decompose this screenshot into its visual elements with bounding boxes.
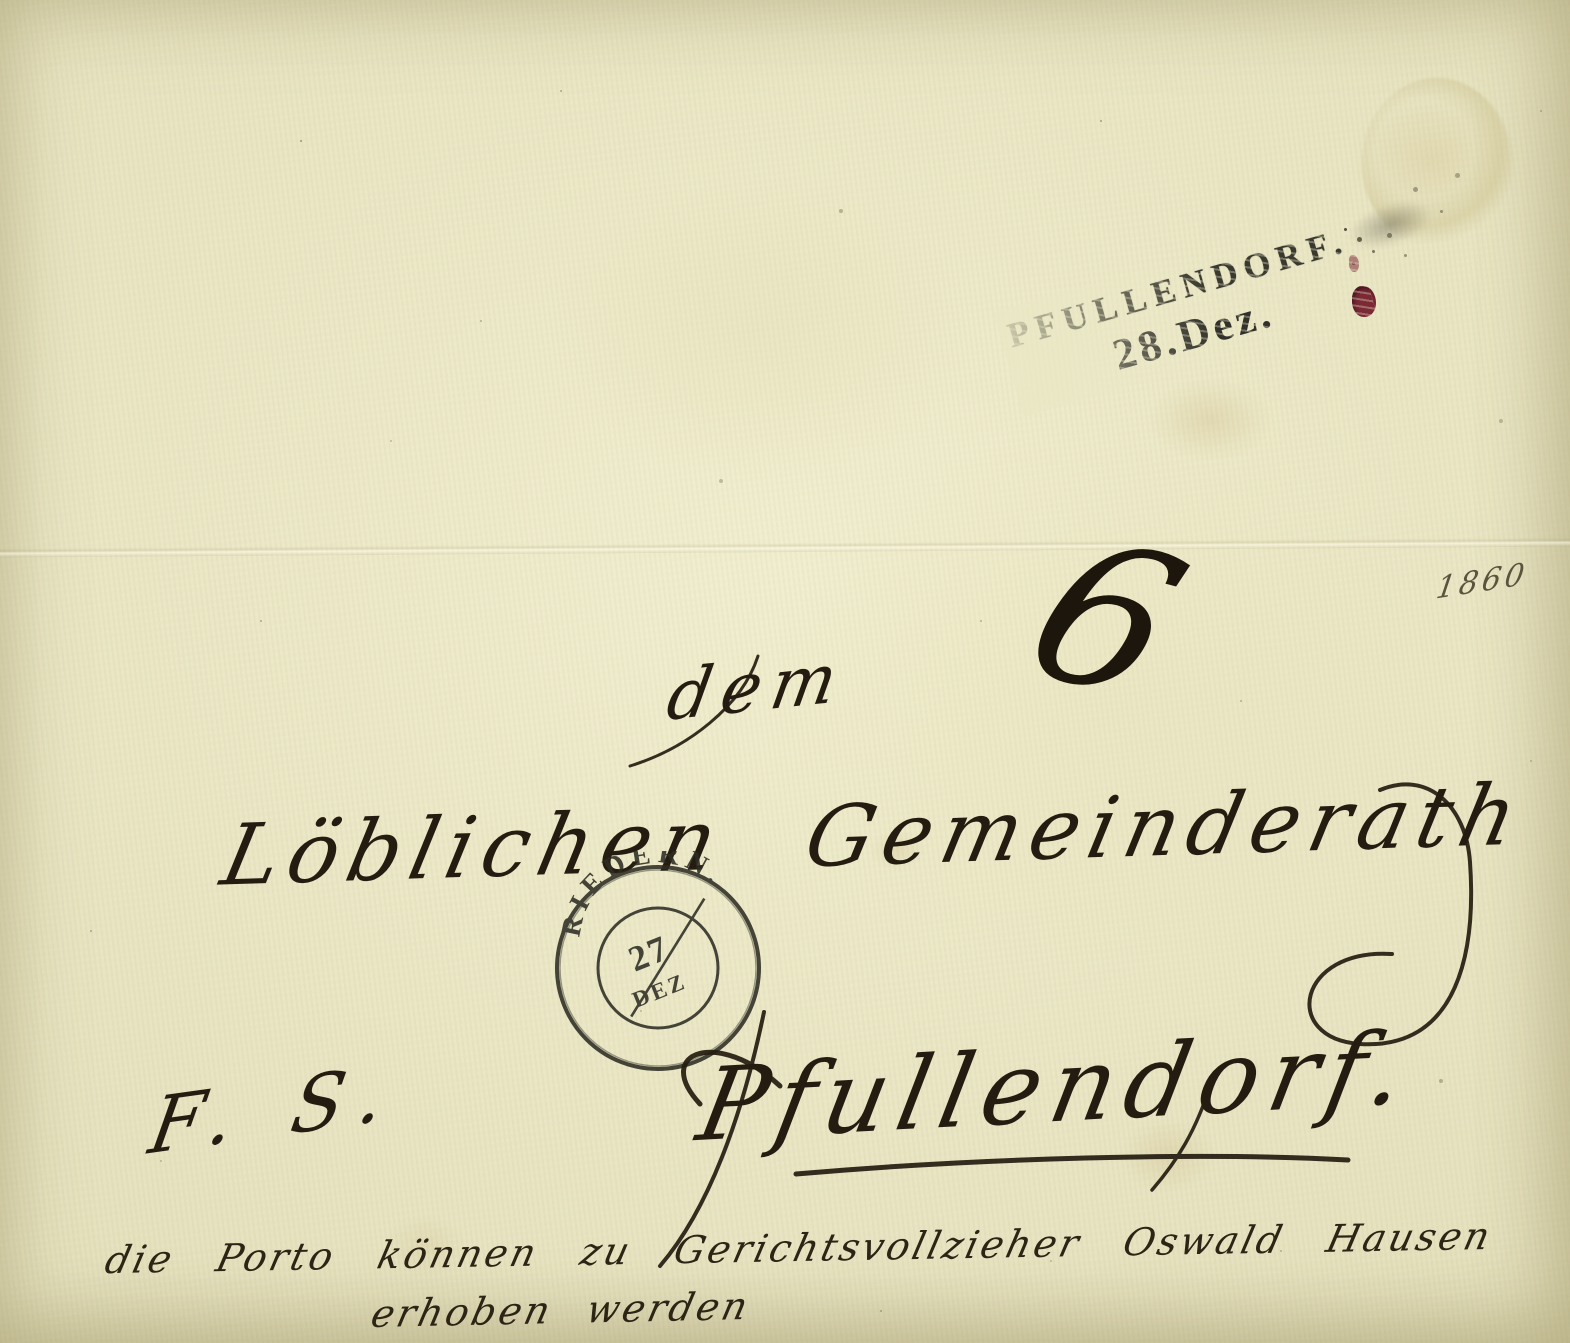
underline-flourish <box>796 1156 1348 1174</box>
cds-town-text: RIEDERN. <box>555 851 732 939</box>
handstamp-town-line: PFULLENDORF. <box>1003 221 1352 356</box>
cds-day-text: 27 <box>623 927 675 979</box>
address-salutation: dem <box>661 638 853 738</box>
side-mark: F. S. <box>143 1045 410 1172</box>
address-recipient: Löblichen Gemeinderath <box>214 765 1535 905</box>
porto-note-line2: erhoben werden <box>367 1284 755 1336</box>
svg-text:RIEDERN.: RIEDERN. <box>555 851 732 939</box>
riedern-datestamp: RIEDERN. 27 DEZ <box>541 851 775 1085</box>
paper-specks <box>300 140 302 142</box>
handstamp-date-line: 28.Dez. <box>1107 261 1367 381</box>
address-place: Pfullendorf. <box>689 1009 1425 1165</box>
porto-note-line1: die Porto können zu Gerichtsvollzieher O… <box>101 1214 1497 1282</box>
pencil-year-note: 1860 <box>1434 556 1531 607</box>
pfullendorf-handstamp: PFULLENDORF. 28.Dez. <box>1003 221 1367 407</box>
letter-cover-scan: PFULLENDORF. 28.Dez. 1860 6 dem Löbliche… <box>0 0 1570 1343</box>
fold-crease <box>0 537 1570 557</box>
